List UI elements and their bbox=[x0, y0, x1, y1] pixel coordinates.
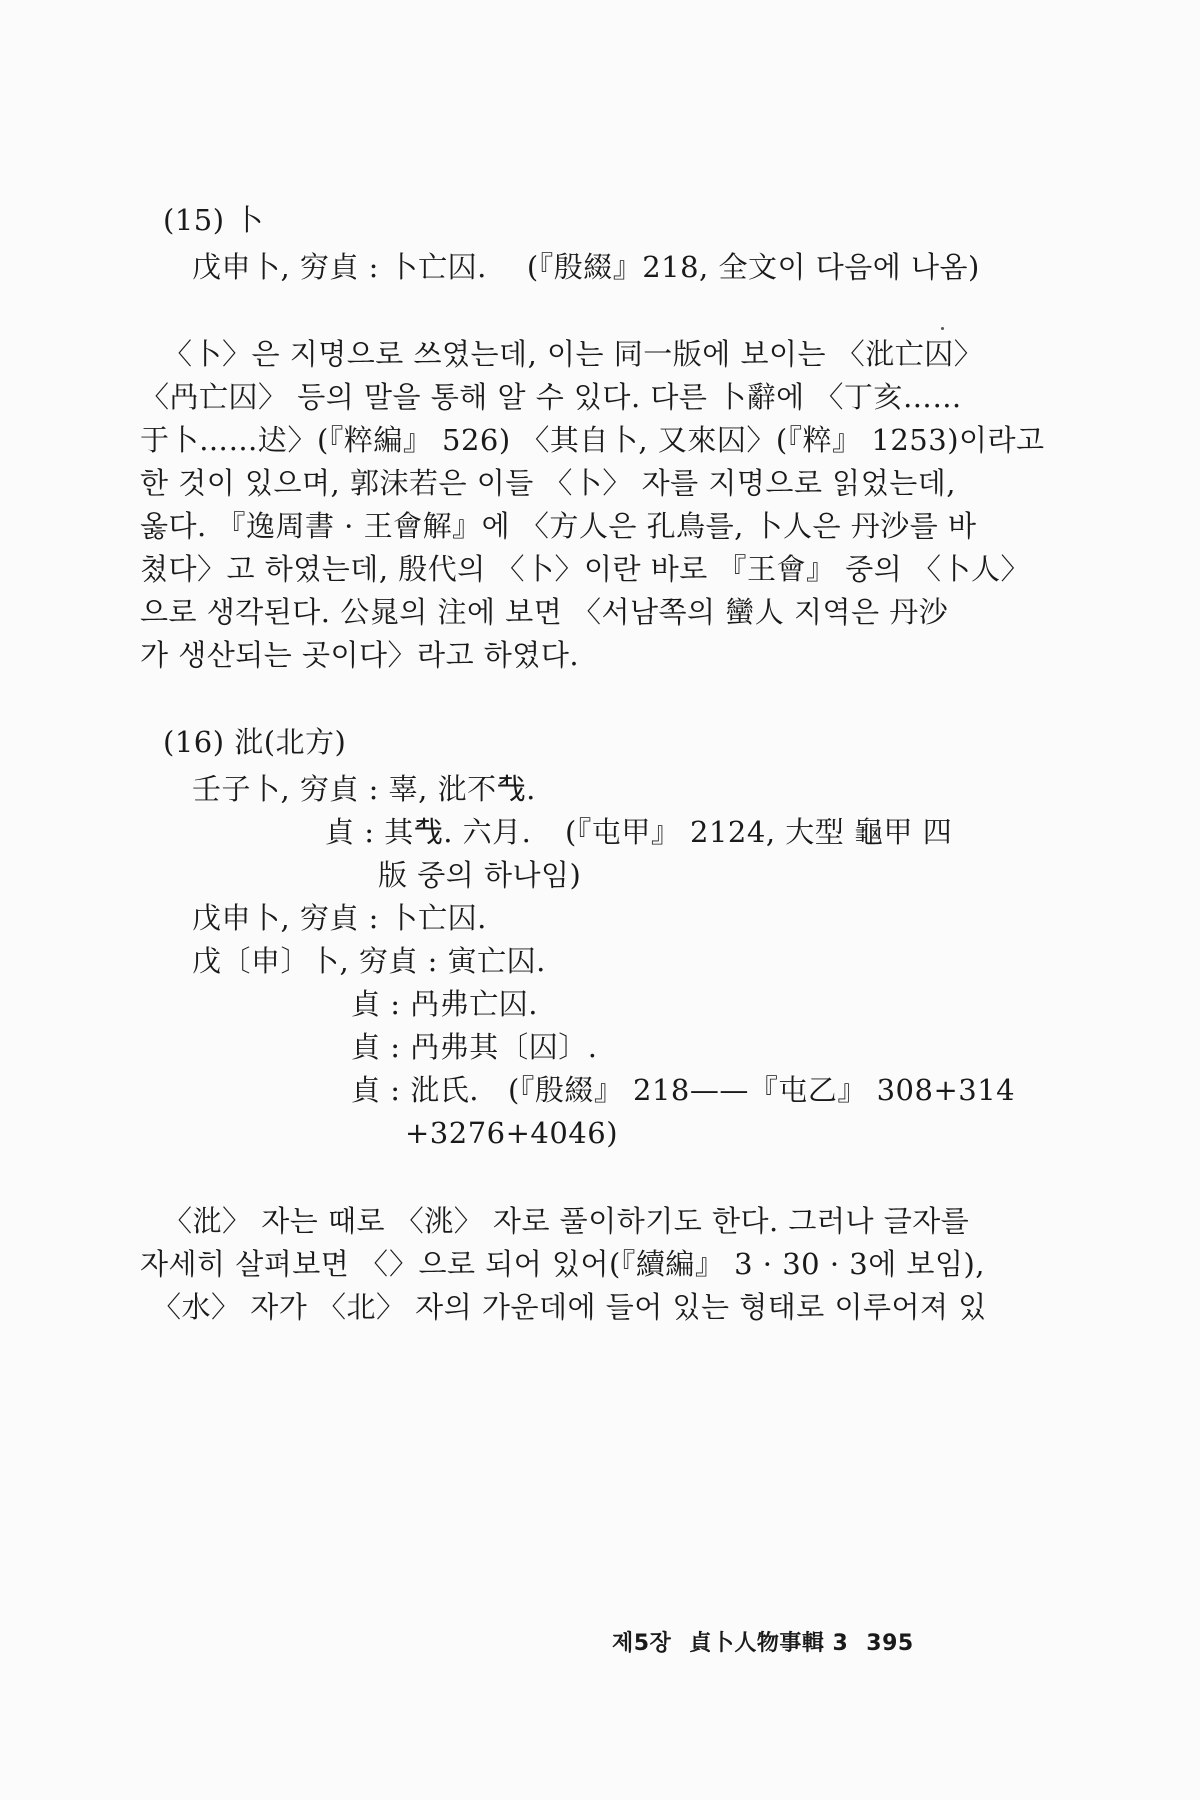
inscription-citation-2b: +3276+4046) bbox=[405, 1113, 618, 1153]
inscription-citation-1b: 版 중의 하나임) bbox=[378, 855, 581, 895]
paragraph-2-line-3: 〈水〉 자가 〈北〉 자의 가운데에 들어 있는 형태로 이루어져 있 bbox=[152, 1287, 912, 1327]
section-16-heading: (16) 沘(北方) bbox=[163, 722, 346, 762]
paragraph-1-line-5: 옳다. 『逸周書 · 王會解』에 〈方人은 孔鳥를, 卜人은 丹沙를 바 bbox=[140, 506, 912, 546]
paragraph-1-line-8: 가 생산되는 곳이다〉라고 하였다. bbox=[140, 635, 579, 675]
paragraph-1-line-1: 〈卜〉은 지명으로 쓰였는데, 이는 同一版에 보이는 〈沘亡囚〉 bbox=[163, 334, 912, 374]
inscription-citation-2a: (『殷綴』 218——『屯乙』 308+314 bbox=[508, 1070, 1015, 1110]
print-speck bbox=[941, 327, 944, 330]
section-15-heading: (15) 卜 bbox=[163, 200, 264, 240]
footer-title: 貞卜人物事輯 3 bbox=[689, 1631, 848, 1656]
section-15-inscription: 戊申卜, 穷貞 : 卜亡囚.(『殷綴』218, 全文이 다음에 나옴) bbox=[192, 247, 980, 287]
paragraph-1-line-4: 한 것이 있으며, 郭沫若은 이들 〈卜〉 자를 지명으로 읽었는데, bbox=[140, 463, 912, 503]
inscription-citation-1a: (『屯甲』 2124, 大型 龜甲 四 bbox=[565, 812, 952, 852]
running-footer: 제5장貞卜人物事輯 3395 bbox=[612, 1626, 914, 1657]
paragraph-2-line-1: 〈沘〉 자는 때로 〈洮〉 자로 풀이하기도 한다. 그러나 글자를 bbox=[163, 1201, 912, 1241]
inscription-line-2: 貞 : 其𢦔. 六月. bbox=[325, 812, 531, 852]
inscription-line-1: 壬子卜, 穷貞 : 辜, 沘不𢦔. bbox=[192, 769, 536, 809]
inscription-line-4: 戊〔申〕卜, 穷貞 : 寅亡囚. bbox=[192, 941, 546, 981]
inscription-line-3: 戊申卜, 穷貞 : 卜亡囚. bbox=[192, 898, 487, 938]
inscription-text: 戊申卜, 穷貞 : 卜亡囚. bbox=[192, 250, 487, 284]
inscription-line-6: 貞 : 冎弗其𡆥〔囚〕. bbox=[351, 1027, 597, 1067]
inscription-line-7: 貞 : 沘氏. bbox=[351, 1070, 479, 1110]
paragraph-1-line-7: 으로 생각된다. 公晁의 注에 보면 〈서남쪽의 蠻人 지역은 丹沙 bbox=[140, 592, 912, 632]
paragraph-1-line-6: 쳤다〉고 하였는데, 殷代의 〈卜〉이란 바로 『王會』 중의 〈卜人〉 bbox=[140, 549, 912, 589]
paragraph-1-line-2: 〈冎亡囚〉 등의 말을 통해 알 수 있다. 다른 卜辭에 〈丁亥…… bbox=[140, 377, 912, 417]
paragraph-2-line-2: 자세히 살펴보면 〈𣻄〉으로 되어 있어(『續編』 3 · 30 · 3에 보임… bbox=[140, 1244, 912, 1284]
page-number: 395 bbox=[866, 1631, 913, 1656]
inscription-citation: (『殷綴』218, 全文이 다음에 나옴) bbox=[527, 250, 980, 284]
footer-chapter: 제5장 bbox=[612, 1631, 671, 1656]
paragraph-1-line-3: 于卜……迖〉(『粹編』 526) 〈其自卜, 又來囚〉(『粹』 1253)이라고 bbox=[140, 420, 912, 460]
inscription-line-5: 貞 : 冎弗亡囚. bbox=[351, 984, 538, 1024]
book-page: (15) 卜 戊申卜, 穷貞 : 卜亡囚.(『殷綴』218, 全文이 다음에 나… bbox=[0, 0, 1045, 1800]
